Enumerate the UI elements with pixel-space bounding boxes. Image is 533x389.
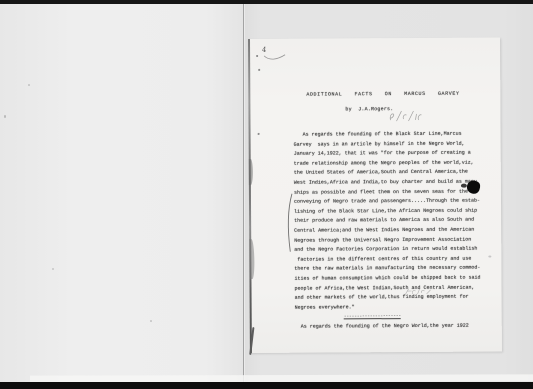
blank-left-page <box>0 4 243 382</box>
dust-speck <box>52 268 54 270</box>
film-fold-highlight <box>244 4 245 382</box>
separator-line: ---------------------- <box>344 314 401 319</box>
ink-speck <box>256 55 258 57</box>
pencil-annotation <box>405 288 433 296</box>
paper-edge-shadow <box>249 159 253 185</box>
text-line: West Indies,Africa and India,to buy char… <box>294 178 480 189</box>
paper-edge-shadow <box>249 239 254 279</box>
ink-speck <box>258 133 260 135</box>
smudge-mark <box>488 256 491 258</box>
dust-speck <box>28 84 30 86</box>
film-bottom-band <box>0 382 533 389</box>
text-line: and other markets of the world,thus find… <box>295 293 481 304</box>
text-line: ities of human consumption which could b… <box>294 273 480 284</box>
ink-blot-small <box>461 184 467 188</box>
scratch-mark <box>285 194 295 254</box>
closing-line: As regards the founding of the Negro Wor… <box>295 321 469 332</box>
dust-speck <box>150 320 152 322</box>
dust-speck <box>4 115 6 118</box>
text-line: Negroes everywhere." <box>295 302 481 313</box>
body-paragraph: As regards the founding of the Black Sta… <box>294 130 481 313</box>
text-line: As regards the founding of the Black Sta… <box>294 130 480 141</box>
pencil-swash-mark <box>264 53 286 61</box>
microfilm-scan: 4 ADDITIONAL FACTS ON MARCUS GARVEY by J… <box>0 0 533 389</box>
document-title: ADDITIONAL FACTS ON MARCUS GARVEY <box>306 90 446 97</box>
document-page: 4 ADDITIONAL FACTS ON MARCUS GARVEY by J… <box>248 37 502 353</box>
handwritten-date-mark <box>388 108 422 124</box>
ink-speck <box>258 69 260 71</box>
text-line: Central America;and the West Indies Negr… <box>294 226 480 237</box>
